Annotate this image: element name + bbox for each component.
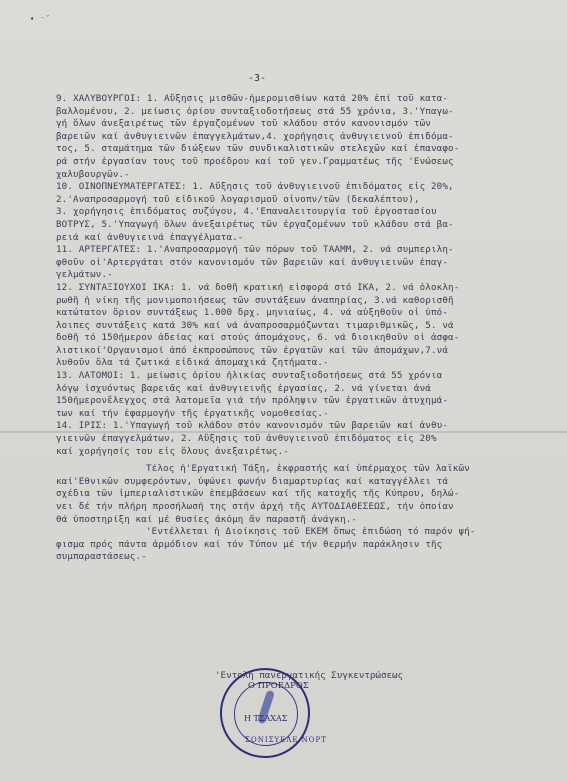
text-line: δοθῆ τό 150ήμερον ἀδείας καί στούς ἀπομά… [56,332,536,345]
corner-mark: • ⁻ˇ [30,15,51,23]
text-line: 'Εντέλλεται ἡ Διοίκησις τοῦ ΕΚΕΜ ὅπως ἐπ… [56,526,536,539]
text-line: φθοῦν οἱ'Αρτεργάται στόν κανονισμόν τῶν … [56,257,536,270]
text-line: λόγῳ ἰσχυόντως βαρειᾶς καί ἀνθυγιεινῆς ἐ… [56,383,536,396]
text-line: γιεινῶν ἐπαγγελμάτων, 2. Αὔξησις τοῦ ἀνθ… [56,433,536,446]
stamp-name: Η ΤΣΑΧΑΣ [244,714,287,723]
text-line: των καί τήν ἐφαρμογήν τῆς ἐργατικῆς νομο… [56,408,536,421]
text-line: λυθοῦν ὅλα τά ζωτικά εἰδικά ἀπομαχικά ζη… [56,357,536,370]
text-line: τος, 5. σταμάτημα τῶν διώξεων τῶν συνδικ… [56,143,536,156]
text-line: ρά στήν ἐργασίαν τους τοῦ προέδρου καί τ… [56,156,536,169]
text-line: χαλυβουργῶν.- [56,169,536,182]
document-body: 9. ΧΑΛΥΒΟΥΡΓΟΙ: 1. Αὔξησις μισθῶν-ἡμερομ… [56,93,536,564]
text-line: συμπαραστάσεως.- [56,551,536,564]
text-line: καί'Εθνικῶν συμφερόντων, ὑψώνει φωνήν δι… [56,476,536,489]
text-line: 11. ΑΡΤΕΡΓΑΤΕΣ: 1.'Αναπροσαρμογή τῶν πόρ… [56,244,536,257]
text-line: 2.'Αναπροσαρμογή τοῦ εἰδικοῦ λογαρισμοῦ … [56,194,536,207]
text-line: γή ὅλων ἀνεξαιρέτως τῶν ἐργαζομένων τοῦ … [56,118,536,131]
text-line: 13. ΛΑΤΟΜΟΙ: 1. μείωσις ὁρίου ἡλικίας συ… [56,370,536,383]
text-line: Τέλος ἡ'Εργατική Τάξη, ἐκφραστής καί ὑπέ… [56,463,536,476]
text-line: 14. ΙΡΙΣ: 1.'Υπαγωγή τοῦ κλάδου στόν καν… [56,420,536,433]
text-line: λιστικοί'Οργανισμοί ἀπό ἐκπροσώπους τῶν … [56,345,536,358]
text-line: κατώτατον ὅριον συντάξεως 1.000 δρχ. μην… [56,307,536,320]
text-line: 3. χορήγησις ἐπιδόματος συζύγου, 4.'Επαν… [56,206,536,219]
text-line: καί χορήγησίς του εἰς ὅλους ἀνεξαιρέτως.… [56,446,536,459]
text-line: ΒΟΤΡΥΣ, 5.'Υπαγωγή ὅλων ἀνεξαιρέτως τῶν … [56,219,536,232]
text-line: ρωθῆ ἡ νίκη τῆς μονιμοποιήσεως τῶν συντά… [56,295,536,308]
stamp-ring-text: ΣΟΝΙΣΥΕΛΕ ΝΟΡΤ [245,736,327,744]
text-line: νει δέ τήν πλήρη προσήλωσή της στήν ἀρχή… [56,501,536,514]
text-line: βαρειῶν καί ἀνθυγιεινῶν ἐπαγγελμάτων,4. … [56,131,536,144]
text-line: γελμάτων.- [56,269,536,282]
text-line: σχέδια τῶν ἰμπεριαλιστικῶν ἐπεμβάσεων κα… [56,488,536,501]
text-line: λοιπες συντάξεις κατά 30% καί νά ἀναπροσ… [56,320,536,333]
text-line: βαλλομένου, 2. μείωσις ὁρίου συνταξιοδοτ… [56,106,536,119]
page-number: -3- [248,73,266,84]
text-line: 12. ΣΥΝΤΑΞΙΟΥΧΟΙ ΙΚΑ: 1. νά δοθῆ κρατική… [56,282,536,295]
document-page: • ⁻ˇ -3- 9. ΧΑΛΥΒΟΥΡΓΟΙ: 1. Αὔξησις μισθ… [0,0,567,781]
text-line: φισμα πρός πάντα ἁρμόδιον καί τόν Τύπον … [56,539,536,552]
text-line: ρειά καί ἀνθυγιεινά ἐπαγγέλματα.- [56,232,536,245]
text-line: θά ὑποστηρίξη καί μέ θυσίες ἀκόμη ἄν παρ… [56,514,536,527]
stamp-title: Ο ΠΡΟΕΔΡΟΣ [248,681,309,691]
text-line: 9. ΧΑΛΥΒΟΥΡΓΟΙ: 1. Αὔξησις μισθῶν-ἡμερομ… [56,93,536,106]
text-line: 10. ΟΙΝΟΠΝΕΥΜΑΤΕΡΓΑΤΕΣ: 1. Αὔξησις τοῦ ἀ… [56,181,536,194]
text-line: 150ήμερονἔλεγχος στά λατομεῖα γιά τήν πρ… [56,395,536,408]
